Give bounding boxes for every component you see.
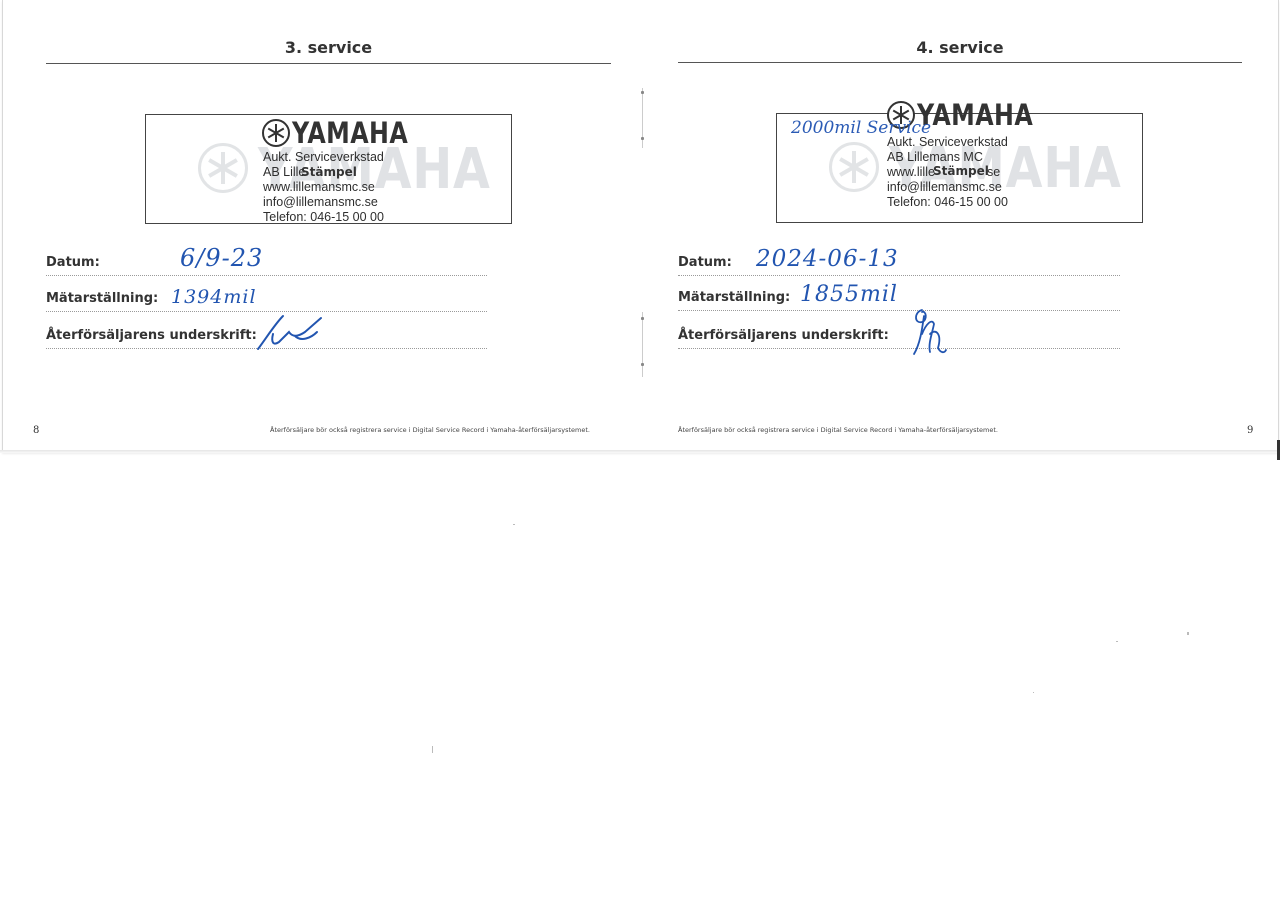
scan-speck [513, 524, 515, 525]
stamp-brand-name: YAMAHA [917, 98, 1033, 132]
stamp-brand: YAMAHA [262, 116, 434, 150]
stamp-line: www.lillemansmc.se [263, 180, 384, 195]
yamaha-tuning-fork-watermark-icon [829, 142, 879, 192]
odometer-value: 1855mil [800, 282, 898, 307]
yamaha-tuning-fork-icon [262, 119, 290, 147]
signature-field: Återförsäljarens underskrift: [678, 311, 1120, 349]
scan-speck [1116, 641, 1118, 642]
dealer-signature [255, 312, 327, 354]
odometer-field: Mätarställning: 1394mil [46, 274, 487, 312]
page-number: 8 [33, 425, 39, 436]
stamp-line: Aukt. Serviceverkstad [263, 150, 384, 165]
stamp-placeholder-label: Stämpel [301, 165, 357, 179]
page-bottom-edge [0, 450, 1280, 453]
footer-note: Återförsäljare bör också registrera serv… [678, 426, 998, 434]
signature-label: Återförsäljarens underskrift: [678, 328, 889, 343]
odometer-value: 1394mil [171, 286, 257, 308]
stamp-line-partial: AB Lille [263, 165, 305, 180]
section-title: 4. service [678, 38, 1242, 57]
date-value: 2024-06-13 [756, 246, 899, 272]
yamaha-tuning-fork-watermark-icon [198, 143, 248, 193]
section-title: 3. service [46, 38, 611, 57]
title-divider [678, 62, 1242, 63]
stamp-line: info@lillemansmc.se [887, 180, 1008, 195]
stamp-line: info@lillemansmc.se [263, 195, 384, 210]
signature-label: Återförsäljarens underskrift: [46, 328, 257, 343]
date-label: Datum: [46, 255, 100, 270]
dealer-stamp-box: YAMAHA YAMAHA Aukt. Serviceverkstad AB L… [145, 114, 512, 224]
stamp-line: AB Lillemans MC [887, 150, 1008, 165]
title-divider [46, 63, 611, 64]
odometer-field: Mätarställning: 1855mil [678, 273, 1120, 311]
dealer-signature [908, 304, 950, 360]
date-label: Datum: [678, 255, 732, 270]
date-field: Datum: 2024-06-13 [678, 238, 1120, 276]
odometer-label: Mätarställning: [678, 290, 790, 305]
stamp-placeholder-label: Stämpel [933, 164, 989, 178]
dotted-line [678, 348, 1120, 349]
stamp-address: Aukt. Serviceverkstad AB Lillemans MC ww… [263, 150, 384, 224]
footer-note: Återförsäljare bör också registrera serv… [270, 426, 590, 434]
page-right: 4. service YAMAHA YAMAHA Aukt. Serviceve… [640, 0, 1280, 450]
scan-speck [1033, 692, 1034, 693]
stamp-line: Telefon: 046-15 00 00 [263, 210, 384, 224]
stamp-line: Telefon: 046-15 00 00 [887, 195, 1008, 210]
date-field: Datum: 6/9-23 [46, 238, 487, 276]
dealer-stamp-box: YAMAHA YAMAHA Aukt. Serviceverkstad AB L… [776, 113, 1143, 223]
date-value: 6/9-23 [180, 244, 263, 272]
scan-speck [1187, 632, 1189, 635]
scan-speck [432, 746, 433, 753]
handwritten-note: 2000mil Service [791, 118, 931, 138]
page-left: 3. service YAMAHA YAMAHA Aukt. Serviceve… [0, 0, 640, 450]
page-number: 9 [1247, 425, 1253, 436]
stamp-brand-name: YAMAHA [292, 116, 408, 150]
odometer-label: Mätarställning: [46, 291, 158, 306]
scanned-document: 3. service YAMAHA YAMAHA Aukt. Serviceve… [0, 0, 1280, 905]
